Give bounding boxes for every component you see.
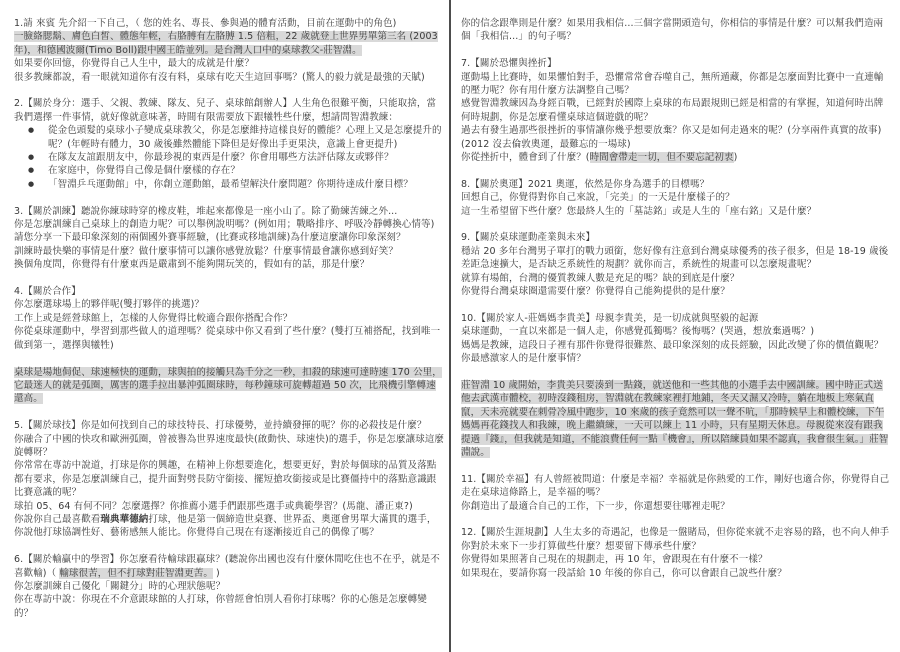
text-run: 工作上或是經營球館上，怎樣的人你覺得比較適合跟你搭配合作？ [14, 313, 292, 324]
text-run: 3.【關於訓練】聽說你練球時穿的橡皮鞋，堆起來都像是一座小山了。除了勤練苦練之外… [14, 206, 397, 217]
text-run: 你對於未來下一步打算做些什麼？想要留下傳承些什麼？ [461, 541, 701, 552]
highlighted-text: 時間會帶走一切，但不要忘記初衷 [590, 152, 734, 163]
text-run: 你在專訪中說：你現在不介意跟球館的人打球，你曾經會怕別人看你打球嗎？你的心態是怎… [14, 594, 427, 618]
q7-line: (2012 沒去倫敦奧運，最難忘的一場球) [461, 138, 891, 151]
bullet-text: 「智淵乒乓運動館」中，你創立運動館，最希望解決什麼問題？你期待達成什麼目標？ [48, 178, 444, 191]
q11-header: 11.【關於幸福】有人曾經被問道：什麼是幸福？幸福就是你熱愛的工作，剛好也適合你… [461, 473, 891, 500]
text-run: 請您分享一下最印象深刻的兩個國外賽事經驗，(比賽或移地訓練)為什麼這麼讓你印象深… [14, 232, 406, 243]
text-run: 如果要你回憶，你覺得自己人生中，最大的成就是什麼？ [14, 58, 254, 69]
q5-line: 你說你自己最喜歡看瑞典華德納打球，他是第一個締造世桌賽、世界盃、奧運會男單大滿貫… [14, 513, 444, 540]
text-run: 你從桌球運動中，學習到那些做人的道理嗎？從桌球中你又看到了些什麼？(雙打互補搭配… [14, 326, 440, 350]
text-run: 感覺智淵教練因為身經百戰，已經對於國際上桌球的布局跟規則已經是相當的有掌握，知道… [461, 98, 883, 122]
text-run: 「智淵乒乓運動館」中，你創立運動館，最希望解決什麼問題？你期待達成什麼目標？ [48, 179, 413, 190]
text-run: 你的信念跟準則是什麼？如果用我相信...三個字當開頭造句，你相信的事情是什麼？可… [461, 18, 883, 42]
q2-header: 2.【關於身分：選手、父親、教練、隊友、兒子、桌球館創辦人】人生角色很難平衡，只… [14, 97, 444, 124]
text-run: 桌球運動，一直以來都是一個人走，你感覺孤獨嗎？後悔嗎？(哭過，想放棄過嗎？) [461, 326, 814, 337]
highlighted-text: 輸球很苦，但不打球對莊智淵更苦。 [59, 568, 213, 579]
text-run: 訓練時最快樂的事情是什麼？做什麼事情可以讓你感覺放鬆？什麼事情最會讓你感到好笑？ [14, 246, 398, 257]
q2-bullet: ●在隊友友誼跟朋友中，你最珍視的東西是什麼？你會用哪些方法評估隊友或夥伴？ [14, 151, 444, 164]
text-run: 過去有發生過那些很挫折的事情讓你幾乎想要放棄？你又是如何走過來的呢？(分享兩件真… [461, 125, 881, 136]
text-run: 從金色頭髮的桌球小子變成桌球教父，你是怎麼維持這樣良好的體能？心理上又是怎麼提升… [48, 125, 442, 149]
q7-line: 運動場上比賽時，如果懼怕對手，恐懼常常會吞噬自己，無所遁藏，你都是怎麼面對比賽中… [461, 71, 891, 98]
bullet-icon: ● [28, 151, 48, 164]
q1-line: 很多教練都說，看一眼就知道你有沒有料，桌球有吃天生這回事嗎？(驚人的毅力就是最強… [14, 71, 444, 84]
q12-line: 你覺得如果照著自己現在的規劃走，再 10 年，會跟現在有什麼不一樣？ [461, 553, 891, 566]
text-run: 換個角度問，你覺得有什麼東西是嚴肅到不能夠開玩笑的，假如有的話，那是什麼？ [14, 259, 369, 270]
q6-continuation: 你的信念跟準則是什麼？如果用我相信...三個字當開頭造句，你相信的事情是什麼？可… [461, 17, 891, 44]
q10-line: 你最感激家人的是什麼事情？ [461, 352, 891, 365]
text-run: 12.【關於生涯規劃】人生太多的奇遇記，也像是一盤賭局，但你從來就不走容易的路，… [461, 527, 889, 538]
text-run: 瑞典華德納 [100, 514, 148, 525]
text-run: 你最感激家人的是什麼事情？ [461, 353, 586, 364]
text-run: 9.【關於桌球運動產業與未來】 [461, 232, 595, 243]
q7-line: 過去有發生過那些很挫折的事情讓你幾乎想要放棄？你又是如何走過來的呢？(分享兩件真… [461, 124, 891, 137]
childhood-story-highlight: 莊智淵 10 歲開始，李貴美只要湊到一點錢，就送他和一些其他的小選手去中國訓練。… [461, 379, 891, 459]
q7-line: 感覺智淵教練因為身經百戰，已經對於國際上桌球的布局跟規則已經是相當的有掌握，知道… [461, 97, 891, 124]
column-divider [449, 0, 451, 652]
text-run: 你說你自己最喜歡看 [14, 514, 100, 525]
text-run: 穩站 20 多年台灣男子單打的戰力頭銜，您好像有注意到台灣桌球優秀的孩子很多，但… [461, 246, 888, 270]
q4-line: 工作上或是經營球館上，怎樣的人你覺得比較適合跟你搭配合作？ [14, 312, 444, 325]
q3-line: 請您分享一下最印象深刻的兩個國外賽事經驗，(比賽或移地訓練)為什麼這麼讓你印象深… [14, 231, 444, 244]
left-column: 1.請 來賓 先介紹一下自己，（ 您的姓名、專長、參與過的體育活動，目前在運動中… [14, 17, 444, 620]
text-run: 1.請 來賓 先介紹一下自己，（ 您的姓名、專長、參與過的體育活動，目前在運動中… [14, 18, 396, 29]
text-run: 你覺得如果照著自己現在的規劃走，再 10 年，會跟現在有什麼不一樣？ [461, 554, 768, 565]
text-run: 你創造出了最適合自己的工作，下一步，你還想要往哪裡走呢？ [461, 501, 730, 512]
bullet-icon: ● [28, 178, 48, 191]
highlighted-text: 莊智淵 10 歲開始，李貴美只要湊到一點錢，就送他和一些其他的小選手去中國訓練。… [461, 380, 888, 458]
highlighted-text: 一臉絡腮鬍、膚色白皙、體態年輕，右胳膊有左胳膊 1.5 倍粗，22 歲就登上世界… [14, 31, 438, 55]
text-run: 在隊友友誼跟朋友中，你最珍視的東西是什麼？你會用哪些方法評估隊友或夥伴？ [48, 152, 394, 163]
q6-line: 你在專訪中說：你現在不介意跟球館的人打球，你曾經會怕別人看你打球嗎？你的心態是怎… [14, 593, 444, 620]
text-run: 媽媽是教練，這段日子裡有那件你覺得很難熬、最印象深刻的成長經驗，因此改變了你的價… [461, 340, 883, 351]
q3-line: 換個角度問，你覺得有什麼東西是嚴肅到不能夠開玩笑的，假如有的話，那是什麼？ [14, 258, 444, 271]
q1-intro-highlight: 一臉絡腮鬍、膚色白皙、體態年輕，右胳膊有左胳膊 1.5 倍粗，22 歲就登上世界… [14, 30, 444, 57]
q3-line: 你是怎麼訓練自己桌球上的創造力呢？可以舉例說明嗎？(例如用；戰略排序、呼吸冷靜轉… [14, 218, 444, 231]
text-run: 你怎麼訓練自己優化「關鍵分」時的心理狀態呢？ [14, 581, 225, 592]
q3-line: 訓練時最快樂的事情是什麼？做什麼事情可以讓你感覺放鬆？什麼事情最會讓你感到好笑？ [14, 245, 444, 258]
text-run: 很多教練都說，看一眼就知道你有沒有料，桌球有吃天生這回事嗎？(驚人的毅力就是最強… [14, 72, 425, 83]
text-run: 你是怎麼訓練自己桌球上的創造力呢？可以舉例說明嗎？(例如用；戰略排序、呼吸冷靜轉… [14, 219, 434, 230]
q5-line: 你常常在專訪中說道，打球是你的興趣，在精神上你想要進化，想要更好，對於每個球的品… [14, 459, 444, 499]
bullet-text: 在家庭中，你覺得自己像是個什麼樣的存在？ [48, 164, 444, 177]
q6-header: 6.【關於輸贏中的學習】你怎麼看待輸球跟贏球？(聽說你出國也沒有什麼休閒吃住也不… [14, 553, 444, 580]
text-run: 4.【關於合作】 [14, 286, 81, 297]
document-page: 1.請 來賓 先介紹一下自己，（ 您的姓名、專長、參與過的體育活動，目前在運動中… [0, 0, 900, 652]
q12-line: 如果現在，要請你寫一段話給 10 年後的你自己，你可以會跟自己說些什麼？ [461, 567, 891, 580]
q3-header: 3.【關於訓練】聽說你練球時穿的橡皮鞋，堆起來都像是一座小山了。除了勤練苦練之外… [14, 205, 444, 218]
q7-line: 你從挫折中，體會到了什麼？(時間會帶走一切，但不要忘記初衷) [461, 151, 891, 164]
text-run: 7.【關於恐懼與挫折】 [461, 58, 557, 69]
text-run: 5.【關於球技】你是如何找到自己的球技特長、打球優勢，並持續發揮的呢？你的必殺技… [14, 420, 426, 431]
text-run: 8.【關於奧運】2021 奧運，依然是你身為選手的目標嗎？ [461, 179, 709, 190]
q2-bullet: ●「智淵乒乓運動館」中，你創立運動館，最希望解決什麼問題？你期待達成什麼目標？ [14, 178, 444, 191]
q2-bullet: ●從金色頭髮的桌球小子變成桌球教父，你是怎麼維持這樣良好的體能？心理上又是怎麼提… [14, 124, 444, 151]
q10-line: 媽媽是教練，這段日子裡有那件你覺得很難熬、最印象深刻的成長經驗，因此改變了你的價… [461, 339, 891, 352]
bullet-text: 從金色頭髮的桌球小子變成桌球教父，你是怎麼維持這樣良好的體能？心理上又是怎麼提升… [48, 124, 444, 151]
text-run: 如果現在，要請你寫一段話給 10 年後的你自己，你可以會跟自己說些什麼？ [461, 568, 787, 579]
text-run: 你常常在專訪中說道，打球是你的興趣，在精神上你想要進化，想要更好，對於每個球的品… [14, 460, 436, 498]
text-run: 就算有場館，台灣的優質教練人數是充足的嗎？缺的到底是什麼？ [461, 273, 739, 284]
q10-line: 桌球運動，一直以來都是一個人走，你感覺孤獨嗎？後悔嗎？(哭過，想放棄過嗎？) [461, 325, 891, 338]
q11-line: 你創造出了最適合自己的工作，下一步，你還想要往哪裡走呢？ [461, 500, 891, 513]
text-run: 回想自己，你覺得對你自己來說，「完美」的一天是什麼樣子的？ [461, 192, 735, 203]
q1-line: 如果要你回憶，你覺得自己人生中，最大的成就是什麼？ [14, 57, 444, 70]
q4-header: 4.【關於合作】 [14, 285, 444, 298]
table-tennis-fact-highlight: 桌球是場地侷促、球速極快的運動，球與拍的接觸只為千分之一秒，扣殺的球速可達時速 … [14, 366, 444, 406]
bullet-icon: ● [28, 124, 48, 151]
bullet-icon: ● [28, 164, 48, 177]
q10-header: 10.【關於家人-莊媽媽李貴美】母親李貴美，是一切成就與堅毅的起源 [461, 312, 891, 325]
highlighted-text: 桌球是場地侷促、球速極快的運動，球與拍的接觸只為千分之一秒，扣殺的球速可達時速 … [14, 367, 442, 405]
text-run: 你融合了中國的快攻和歐洲弧圈，曾被譽為世界速度最快(啟動快、球速快)的選手，你是… [14, 434, 444, 458]
q6-line: 你怎麼訓練自己優化「關鍵分」時的心理狀態呢？ [14, 580, 444, 593]
q9-line: 你覺得台灣桌球圈還需要什麼？你覺得自己能夠提供的是什麼？ [461, 285, 891, 298]
q9-line: 就算有場館，台灣的優質教練人數是充足的嗎？缺的到底是什麼？ [461, 272, 891, 285]
q4-line: 你怎麼選球場上的夥伴呢(雙打夥伴的挑選)？ [14, 298, 444, 311]
right-column: 你的信念跟準則是什麼？如果用我相信...三個字當開頭造句，你相信的事情是什麼？可… [461, 17, 891, 580]
q5-header: 5.【關於球技】你是如何找到自己的球技特長、打球優勢，並持續發揮的呢？你的必殺技… [14, 419, 444, 432]
q9-header: 9.【關於桌球運動產業與未來】 [461, 231, 891, 244]
q7-header: 7.【關於恐懼與挫折】 [461, 57, 891, 70]
q8-header: 8.【關於奧運】2021 奧運，依然是你身為選手的目標嗎？ [461, 178, 891, 191]
q12-line: 你對於未來下一步打算做些什麼？想要留下傳承些什麼？ [461, 540, 891, 553]
q8-line: 回想自己，你覺得對你自己來說，「完美」的一天是什麼樣子的？ [461, 191, 891, 204]
text-run: 運動場上比賽時，如果懼怕對手，恐懼常常會吞噬自己，無所遁藏，你都是怎麼面對比賽中… [461, 72, 883, 96]
text-run: 這一生希望留下些什麼？您最終人生的「墓誌銘」或是人生的「座右銘」又是什麼？ [461, 206, 816, 217]
text-run: 你怎麼選球場上的夥伴呢(雙打夥伴的挑選)？ [14, 299, 204, 310]
text-run: ) [734, 152, 738, 163]
q8-line: 這一生希望留下些什麼？您最終人生的「墓誌銘」或是人生的「座右銘」又是什麼？ [461, 205, 891, 218]
q9-line: 穩站 20 多年台灣男子單打的戰力頭銜，您好像有注意到台灣桌球優秀的孩子很多，但… [461, 245, 891, 272]
q1-header: 1.請 來賓 先介紹一下自己，（ 您的姓名、專長、參與過的體育活動，目前在運動中… [14, 17, 444, 30]
q5-line: 球拍 05、64 有何不同？怎麼選擇？你推薦小選手們跟那些選手或典範學習？(馬龍… [14, 500, 444, 513]
q5-line: 你融合了中國的快攻和歐洲弧圈，曾被譽為世界速度最快(啟動快、球速快)的選手，你是… [14, 433, 444, 460]
text-run: 11.【關於幸福】有人曾經被問道：什麼是幸福？幸福就是你熱愛的工作，剛好也適合你… [461, 474, 889, 498]
text-run: 在家庭中，你覺得自己像是個什麼樣的存在？ [48, 165, 240, 176]
text-run: 你覺得台灣桌球圈還需要什麼？你覺得自己能夠提供的是什麼？ [461, 286, 730, 297]
text-run: 你從挫折中，體會到了什麼？( [461, 152, 590, 163]
text-run: 10.【關於家人-莊媽媽李貴美】母親李貴美，是一切成就與堅毅的起源 [461, 313, 758, 324]
text-run: 2.【關於身分：選手、父親、教練、隊友、兒子、桌球館創辦人】人生角色很難平衡，只… [14, 98, 436, 122]
q2-bullet: ●在家庭中，你覺得自己像是個什麼樣的存在？ [14, 164, 444, 177]
text-run: 球拍 05、64 有何不同？怎麼選擇？你推薦小選手們跟那些選手或典範學習？(馬龍… [14, 501, 413, 512]
text-run: ) [213, 568, 220, 579]
q4-line: 你從桌球運動中，學習到那些做人的道理嗎？從桌球中你又看到了些什麼？(雙打互補搭配… [14, 325, 444, 352]
text-run: (2012 沒去倫敦奧運，最難忘的一場球) [461, 139, 631, 150]
bullet-text: 在隊友友誼跟朋友中，你最珍視的東西是什麼？你會用哪些方法評估隊友或夥伴？ [48, 151, 444, 164]
q12-header: 12.【關於生涯規劃】人生太多的奇遇記，也像是一盤賭局，但你從來就不走容易的路，… [461, 526, 891, 539]
